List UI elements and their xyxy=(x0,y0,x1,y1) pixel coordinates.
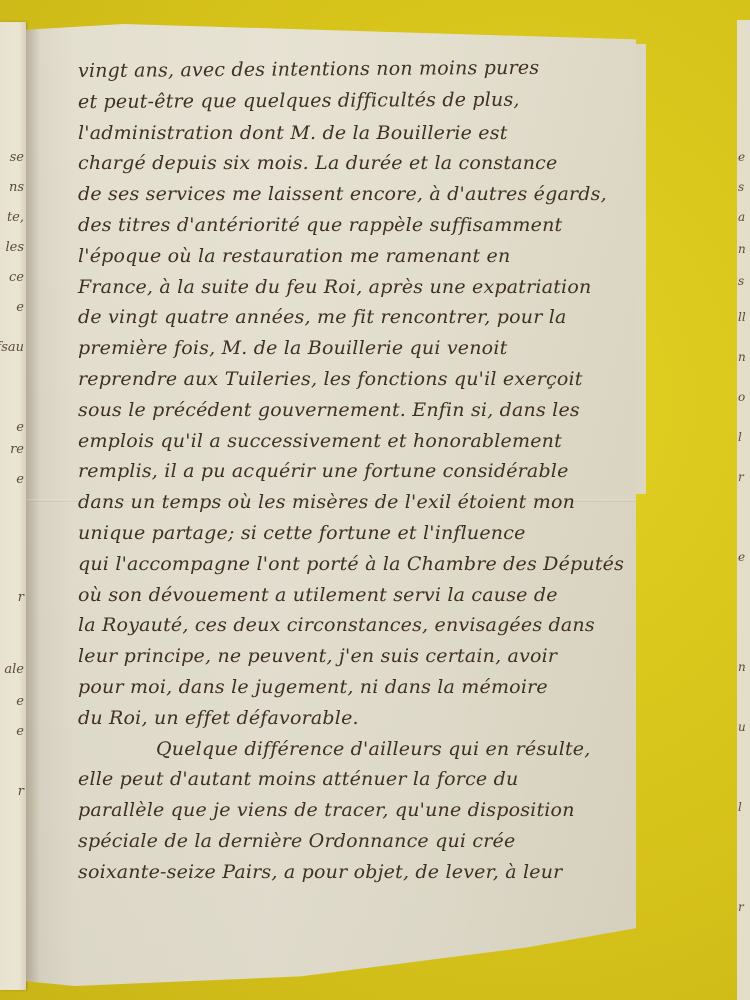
right-page-fragment: s xyxy=(738,180,744,194)
text-line: des titres d'antériorité que rappèle suf… xyxy=(78,210,638,241)
text-line: emplois qu'il a successivement et honora… xyxy=(78,426,638,457)
left-page-fragment: r xyxy=(18,784,24,799)
left-page-fragment: e xyxy=(16,694,24,709)
text-line: pour moi, dans le jugement, ni dans la m… xyxy=(78,672,638,703)
text-line: France, à la suite du feu Roi, après une… xyxy=(78,272,638,303)
text-line: du Roi, un effet défavorable. xyxy=(78,703,638,734)
left-page-fragment: les xyxy=(5,240,24,255)
text-line: parallèle que je viens de tracer, qu'une… xyxy=(78,795,638,826)
text-line-paragraph-start: Quelque différence d'ailleurs qui en rés… xyxy=(78,734,638,765)
text-line: de vingt quatre années, me fit rencontre… xyxy=(78,302,638,333)
left-page-fragment: e xyxy=(16,472,24,487)
left-page-fragment: e xyxy=(16,724,24,739)
text-line: reprendre aux Tuileries, les fonctions q… xyxy=(78,364,638,395)
text-line: spéciale de la dernière Ordonnance qui c… xyxy=(78,826,638,857)
left-page-fragment: r xyxy=(18,590,24,605)
right-page-fragment: o xyxy=(738,390,745,404)
right-page-fragment: ll xyxy=(738,310,746,324)
right-page-fragment: e xyxy=(738,550,745,564)
right-page-fragment: r xyxy=(738,470,744,484)
right-page-fragment: n xyxy=(738,350,746,364)
right-page-fragment: a xyxy=(738,210,745,224)
left-page-fragment: re xyxy=(10,442,24,457)
text-line: dans un temps où les misères de l'exil é… xyxy=(78,487,638,518)
text-line: soixante-seize Pairs, a pour objet, de l… xyxy=(78,857,638,888)
adjacent-right-page: e s a n s ll n o l r e n u l r xyxy=(737,20,750,1000)
text-line: sous le précédent gouvernement. Enfin si… xyxy=(78,395,638,426)
left-page-fragment: ns xyxy=(9,180,24,195)
text-line: et peut-être que quelques difficultés de… xyxy=(78,84,638,118)
adjacent-left-page: se ns te, les ce e ifsau e re e r ale e … xyxy=(0,22,26,990)
vertical-fold-crease xyxy=(26,24,40,986)
text-line: l'administration dont M. de la Bouilleri… xyxy=(78,118,638,149)
text-line: vingt ans, avec des intentions non moins… xyxy=(78,52,638,87)
text-line: première fois, M. de la Bouillerie qui v… xyxy=(78,333,638,364)
text-line: de ses services me laissent encore, à d'… xyxy=(78,179,638,210)
text-line: chargé depuis six mois. La durée et la c… xyxy=(78,148,638,179)
text-line: où son dévouement a utilement servi la c… xyxy=(78,580,638,611)
right-page-fragment: s xyxy=(738,274,744,288)
text-line: qui l'accompagne l'ont porté à la Chambr… xyxy=(78,549,638,580)
right-page-fragment: u xyxy=(738,720,746,734)
right-page-fragment: r xyxy=(738,900,744,914)
right-page-fragment: l xyxy=(738,800,742,814)
text-line: unique partage; si cette fortune et l'in… xyxy=(78,518,638,549)
left-page-fragment: ale xyxy=(4,662,24,677)
left-page-fragment: ce xyxy=(9,270,24,285)
manuscript-text: vingt ans, avec des intentions non moins… xyxy=(78,56,638,888)
right-page-fragment: e xyxy=(738,150,745,164)
left-page-fragment: ifsau xyxy=(0,340,24,355)
right-page-fragment: l xyxy=(738,430,742,444)
text-line: l'époque où la restauration me ramenant … xyxy=(78,241,638,272)
text-line: la Royauté, ces deux circonstances, envi… xyxy=(78,610,638,641)
left-page-fragment: se xyxy=(10,150,24,165)
text-line: remplis, il a pu acquérir une fortune co… xyxy=(78,456,638,487)
right-page-fragment: n xyxy=(738,660,746,674)
left-page-fragment: te, xyxy=(7,210,24,225)
right-page-fragment: n xyxy=(738,242,746,256)
text-line: elle peut d'autant moins atténuer la for… xyxy=(78,764,638,795)
left-page-fragment: e xyxy=(16,300,24,315)
left-page-fragment: e xyxy=(16,420,24,435)
text-line: leur principe, ne peuvent, j'en suis cer… xyxy=(78,641,638,672)
